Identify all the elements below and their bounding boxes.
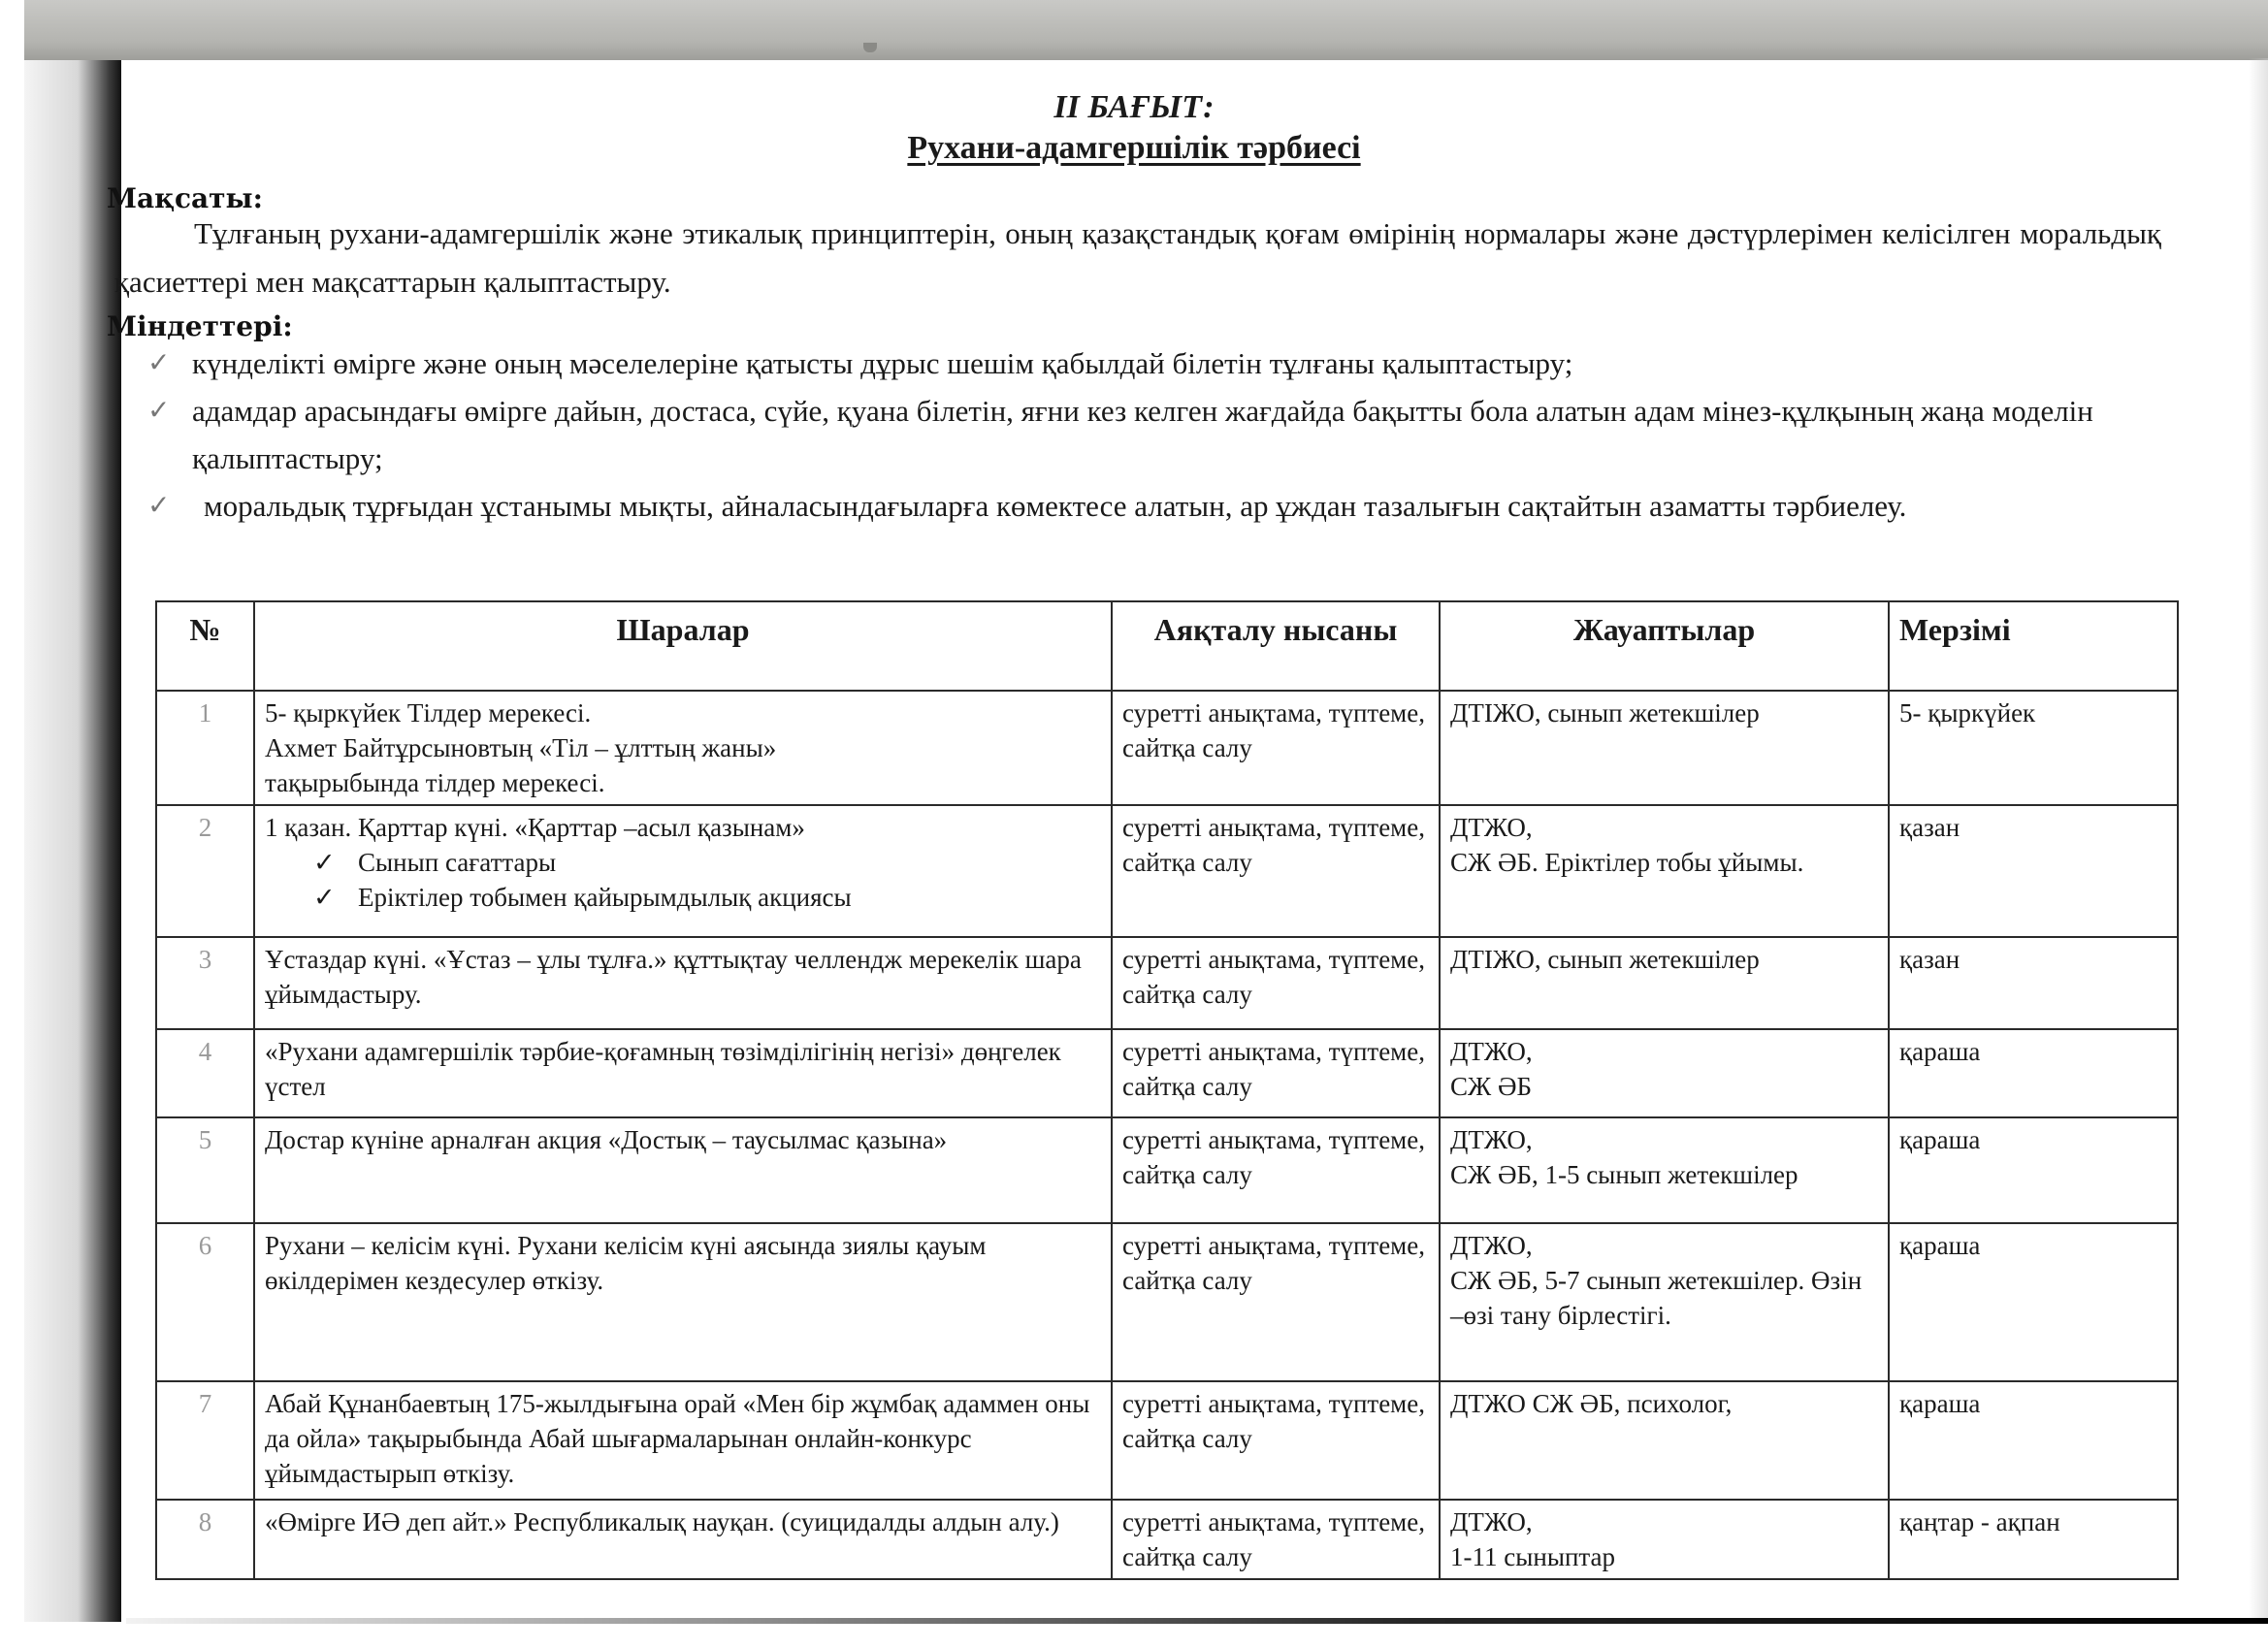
date-cell: қараша (1889, 1381, 2178, 1500)
responsible-text: ДТЖО, (1450, 1122, 1878, 1157)
date-cell: қазан (1889, 937, 2178, 1029)
responsible-cell: ДТІЖО, сынып жетекшілер (1440, 691, 1889, 805)
form-cell: суретті анықтама, түптеме, сайтқа салу (1112, 1500, 1440, 1579)
row-number: 3 (156, 937, 254, 1029)
table-body: 15- қыркүйек Тілдер мерекесі.Ахмет Байтұ… (156, 691, 2178, 1579)
table-row: 5Достар күніне арналған акция «Достық – … (156, 1117, 2178, 1223)
header-num: № (156, 601, 254, 691)
header-responsible: Жауаптылар (1440, 601, 1889, 691)
scanner-top-edge (24, 0, 2268, 60)
table-row: 6Рухани – келісім күні. Рухани келісім к… (156, 1223, 2178, 1381)
event-cell: «Өмірге ИӘ деп айт.» Республикалық науқа… (254, 1500, 1112, 1579)
responsible-text: ДТЖО, (1450, 810, 1878, 845)
responsible-text: ДТЖО СЖ ӘБ, психолог, (1450, 1386, 1878, 1421)
table-row: 3Ұстаздар күні. «Ұстаз – ұлы тұлға.» құт… (156, 937, 2178, 1029)
check-icon: ✓ (313, 845, 336, 880)
table-row: 15- қыркүйек Тілдер мерекесі.Ахмет Байтұ… (156, 691, 2178, 805)
responsible-cell: ДТЖО СЖ ӘБ, психолог, (1440, 1381, 1889, 1500)
responsible-text: СЖ ӘБ (1450, 1069, 1878, 1104)
check-icon: ✓ (147, 482, 170, 530)
form-cell: суретті анықтама, түптеме, сайтқа салу (1112, 1117, 1440, 1223)
header-form: Аяқталу нысаны (1112, 601, 1440, 691)
date-cell: қараша (1889, 1029, 2178, 1117)
date-cell: қараша (1889, 1117, 2178, 1223)
page-title: Рухани-адамгершілік тәрбиесі (0, 130, 2268, 167)
event-text: «Өмірге ИӘ деп айт.» Республикалық науқа… (265, 1504, 1101, 1539)
form-cell: суретті анықтама, түптеме, сайтқа салу (1112, 805, 1440, 937)
binding-shadow (24, 60, 121, 1622)
event-cell: Рухани – келісім күні. Рухани келісім кү… (254, 1223, 1112, 1381)
form-cell: суретті анықтама, түптеме, сайтқа салу (1112, 1029, 1440, 1117)
table-header-row: № Шаралар Аяқталу нысаны Жауаптылар Мерз… (156, 601, 2178, 691)
event-text: Ахмет Байтұрсыновтың «Тіл – ұлттың жаны» (265, 730, 1101, 765)
page-title-text: Рухани-адамгершілік тәрбиесі (907, 130, 1360, 166)
event-cell: «Рухани адамгершілік тәрбие-қоғамның төз… (254, 1029, 1112, 1117)
task-text: адамдар арасындағы өмірге дайын, достаса… (192, 394, 2093, 475)
responsible-cell: ДТЖО,СЖ ӘБ (1440, 1029, 1889, 1117)
check-icon: ✓ (313, 880, 336, 915)
event-cell: Достар күніне арналған акция «Достық – т… (254, 1117, 1112, 1223)
table-row: 7Абай Құнанбаевтың 175-жылдығына орай «М… (156, 1381, 2178, 1500)
date-cell: қазан (1889, 805, 2178, 937)
responsible-text: ДТЖО, (1450, 1034, 1878, 1069)
form-cell: суретті анықтама, түптеме, сайтқа салу (1112, 691, 1440, 805)
event-text: 1 қазан. Қарттар күні. «Қарттар –асыл қа… (265, 810, 1101, 845)
event-sub-item: ✓Сынып сағаттары (313, 845, 1101, 880)
event-cell: 5- қыркүйек Тілдер мерекесі.Ахмет Байтұр… (254, 691, 1112, 805)
table-row: 21 қазан. Қарттар күні. «Қарттар –асыл қ… (156, 805, 2178, 937)
scanner-notch (863, 43, 877, 52)
date-cell: қаңтар - ақпан (1889, 1500, 2178, 1579)
check-icon: ✓ (147, 387, 170, 435)
date-cell: 5- қыркүйек (1889, 691, 2178, 805)
table-row: 4«Рухани адамгершілік тәрбие-қоғамның тө… (156, 1029, 2178, 1117)
event-cell: 1 қазан. Қарттар күні. «Қарттар –асыл қа… (254, 805, 1112, 937)
goal-text: Тұлғаның рухани-адамгершілік және этикал… (114, 210, 2161, 307)
tasks-list: ✓күнделікті өмірге және оның мәселелерін… (146, 339, 2163, 530)
event-text: «Рухани адамгершілік тәрбие-қоғамның төз… (265, 1034, 1101, 1104)
responsible-cell: ДТЖО,СЖ ӘБ. Еріктілер тобы ұйымы. (1440, 805, 1889, 937)
row-number: 2 (156, 805, 254, 937)
responsible-text: СЖ ӘБ. Еріктілер тобы ұйымы. (1450, 845, 1878, 880)
form-cell: суретті анықтама, түптеме, сайтқа салу (1112, 937, 1440, 1029)
responsible-cell: ДТІЖО, сынып жетекшілер (1440, 937, 1889, 1029)
header-event: Шаралар (254, 601, 1112, 691)
tasks-label: Міндеттері: (107, 310, 293, 342)
responsible-text: ДТІЖО, сынып жетекшілер (1450, 695, 1878, 730)
responsible-text: ДТІЖО, сынып жетекшілер (1450, 942, 1878, 977)
task-item: ✓күнделікті өмірге және оның мәселелерін… (146, 339, 2163, 387)
event-text: тақырыбында тілдер мерекесі. (265, 765, 1101, 800)
row-number: 8 (156, 1500, 254, 1579)
event-text: Достар күніне арналған акция «Достық – т… (265, 1122, 1101, 1157)
event-sub-list: ✓Сынып сағаттары✓Еріктілер тобымен қайыр… (265, 845, 1101, 915)
task-item: ✓адамдар арасындағы өмірге дайын, достас… (146, 387, 2163, 482)
event-text: 5- қыркүйек Тілдер мерекесі. (265, 695, 1101, 730)
task-text: күнделікті өмірге және оның мәселелеріне… (192, 346, 1572, 380)
page-bottom-margin (24, 1622, 2268, 1649)
form-cell: суретті анықтама, түптеме, сайтқа салу (1112, 1223, 1440, 1381)
responsible-text: 1-11 сыныптар (1450, 1539, 1878, 1574)
page-margin (0, 0, 24, 1649)
sub-item-text: Сынып сағаттары (358, 848, 556, 877)
responsible-text: СЖ ӘБ, 1-5 сынып жетекшілер (1450, 1157, 1878, 1192)
event-text: Ұстаздар күні. «Ұстаз – ұлы тұлға.» құтт… (265, 942, 1101, 1012)
task-text: моральдық тұрғыдан ұстанымы мықты, айнал… (192, 489, 1906, 523)
event-sub-item: ✓Еріктілер тобымен қайырымдылық акциясы (313, 880, 1101, 915)
page-right-shadow (2249, 58, 2268, 1620)
row-number: 7 (156, 1381, 254, 1500)
responsible-text: ДТЖО, (1450, 1228, 1878, 1263)
date-cell: қараша (1889, 1223, 2178, 1381)
form-cell: суретті анықтама, түптеме, сайтқа салу (1112, 1381, 1440, 1500)
events-table: № Шаралар Аяқталу нысаны Жауаптылар Мерз… (155, 600, 2179, 1580)
responsible-cell: ДТЖО,СЖ ӘБ, 5-7 сынып жетекшілер. Өзін –… (1440, 1223, 1889, 1381)
row-number: 4 (156, 1029, 254, 1117)
responsible-text: СЖ ӘБ, 5-7 сынып жетекшілер. Өзін –өзі т… (1450, 1263, 1878, 1333)
event-text: Абай Құнанбаевтың 175-жылдығына орай «Ме… (265, 1386, 1101, 1491)
responsible-cell: ДТЖО,1-11 сыныптар (1440, 1500, 1889, 1579)
event-text: Рухани – келісім күні. Рухани келісім кү… (265, 1228, 1101, 1298)
responsible-cell: ДТЖО,СЖ ӘБ, 1-5 сынып жетекшілер (1440, 1117, 1889, 1223)
event-cell: Абай Құнанбаевтың 175-жылдығына орай «Ме… (254, 1381, 1112, 1500)
row-number: 5 (156, 1117, 254, 1223)
task-item: ✓моральдық тұрғыдан ұстанымы мықты, айна… (146, 482, 2163, 530)
direction-heading: II БАҒЫТ: (0, 89, 2268, 126)
check-icon: ✓ (147, 339, 170, 387)
responsible-text: ДТЖО, (1450, 1504, 1878, 1539)
header-date: Мерзімі (1889, 601, 2178, 691)
row-number: 6 (156, 1223, 254, 1381)
table-row: 8«Өмірге ИӘ деп айт.» Республикалық науқ… (156, 1500, 2178, 1579)
sub-item-text: Еріктілер тобымен қайырымдылық акциясы (358, 883, 852, 912)
row-number: 1 (156, 691, 254, 805)
event-cell: Ұстаздар күні. «Ұстаз – ұлы тұлға.» құтт… (254, 937, 1112, 1029)
scanner-bottom-edge (126, 1618, 2268, 1624)
